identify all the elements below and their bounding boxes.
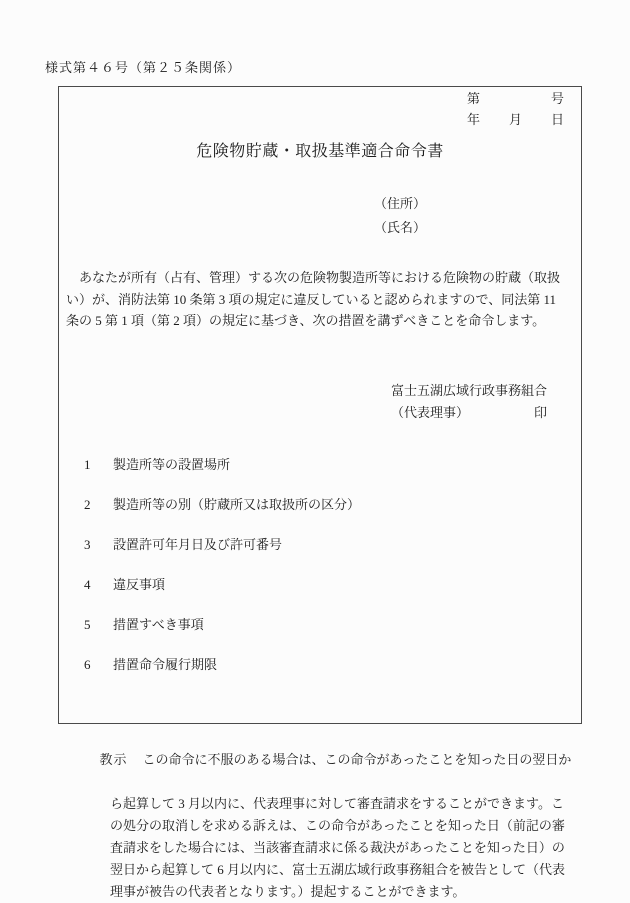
list-item-number: 3: [84, 536, 113, 553]
body-line: 条の 5 第 1 項（第 2 項）の規定に基づき、次の措置を講ずべきことを命令し…: [66, 310, 575, 332]
list-item-label: 措置すべき事項: [113, 617, 204, 632]
notice-line: 翌日から起算して 6 月以内に、富士五湖広域行政事務組合を被告として（代表: [110, 859, 630, 881]
seal-placeholder: 印: [534, 402, 547, 424]
recipient-name-placeholder: （氏名）: [374, 216, 426, 240]
notice-first-line-text: この命令に不服のある場合は、この命令があったことを知った日の翌日か: [143, 752, 572, 767]
appeal-notice-section: 教示この命令に不服のある場合は、この命令があったことを知った日の翌日か ら起算し…: [0, 727, 630, 903]
list-item-label: 製造所等の設置場所: [113, 457, 230, 472]
document-date-line: 年 月 日: [467, 112, 565, 128]
list-item: 4違反事項: [84, 576, 571, 616]
recipient-address-placeholder: （住所）: [374, 192, 426, 216]
list-item-label: 設置許可年月日及び許可番号: [113, 537, 282, 552]
list-item-number: 2: [84, 496, 113, 513]
list-item: 5措置すべき事項: [84, 616, 571, 656]
notice-line: の処分の取消しを求める訴えは、この命令があったことを知った日（前記の審: [110, 815, 630, 837]
recipient-block: （住所） （氏名）: [374, 192, 426, 240]
document-page: 様式第４６号（第２５条関係） 第 号 年 月 日 危険物貯蔵・取扱基準適合命令書…: [0, 0, 630, 903]
issuer-organization: 富士五湖広域行政事務組合: [391, 380, 547, 402]
list-item-label: 製造所等の別（貯蔵所又は取扱所の区分）: [113, 497, 360, 512]
list-item: 3設置許可年月日及び許可番号: [84, 536, 571, 576]
order-item-list: 1製造所等の設置場所 2製造所等の別（貯蔵所又は取扱所の区分） 3設置許可年月日…: [84, 456, 571, 696]
list-item: 2製造所等の別（貯蔵所又は取扱所の区分）: [84, 496, 571, 536]
list-item-number: 4: [84, 576, 113, 593]
notice-line: 理事が被告の代表者となります。）提起することができます。: [110, 881, 630, 903]
list-item: 6措置命令履行期限: [84, 656, 571, 696]
list-item: 1製造所等の設置場所: [84, 456, 571, 496]
list-item-label: 違反事項: [113, 577, 165, 592]
notice-first-line: 教示この命令に不服のある場合は、この命令があったことを知った日の翌日か: [80, 727, 630, 793]
body-line: い）が、消防法第 10 条第 3 項の規定に違反していると認められますので、同法…: [66, 289, 575, 311]
issuer-representative-line: （代表理事） 印: [391, 402, 547, 424]
order-body-paragraph: あなたが所有（占有、管理）する次の危険物製造所等における危険物の貯蔵（取扱 い）…: [66, 267, 575, 332]
body-line: あなたが所有（占有、管理）する次の危険物製造所等における危険物の貯蔵（取扱: [66, 267, 575, 289]
document-number-line: 第 号: [467, 91, 565, 107]
order-document-box: 第 号 年 月 日 危険物貯蔵・取扱基準適合命令書 （住所） （氏名） あなたが…: [58, 86, 582, 724]
list-item-number: 6: [84, 656, 113, 673]
form-number-label: 様式第４６号（第２５条関係）: [45, 60, 241, 76]
list-item-number: 1: [84, 456, 113, 473]
issuer-block: 富士五湖広域行政事務組合 （代表理事） 印: [391, 380, 547, 424]
notice-line: 査請求をした場合には、当該審査請求に係る裁決があったことを知った日）の: [110, 837, 630, 859]
notice-line: ら起算して 3 月以内に、代表理事に対して審査請求をすることができます。こ: [110, 793, 630, 815]
issuer-representative-title: （代表理事）: [391, 402, 469, 424]
list-item-label: 措置命令履行期限: [113, 657, 217, 672]
notice-label: 教示: [100, 749, 128, 771]
list-item-number: 5: [84, 616, 113, 633]
document-title: 危険物貯蔵・取扱基準適合命令書: [59, 142, 581, 162]
